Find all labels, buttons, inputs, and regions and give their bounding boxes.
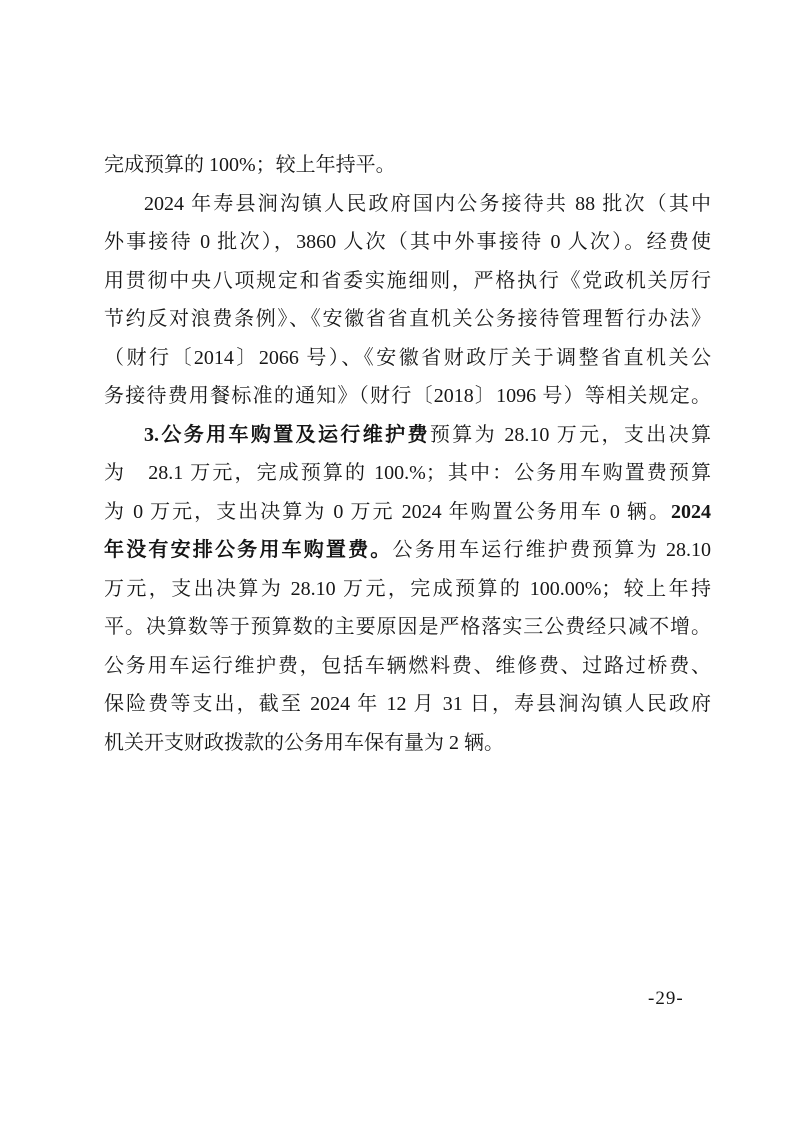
text-segment: 预算为 28.10 万元，支出决算 (430, 424, 711, 446)
text-segment: 公务用车运行维护费预算为 28.10 (393, 539, 712, 561)
text-segment: 节约反对浪费条例》、《安徽省省直机关公务接待管理暂行办法》 (104, 308, 711, 330)
text-line: 平。决算数等于预算数的主要原因是严格落实三公费经只减不增。 (104, 608, 711, 647)
text-segment: 保险费等支出，截至 2024 年 12 月 31 日，寿县涧沟镇人民政府 (104, 693, 711, 715)
text-line: 万元，支出决算为 28.10 万元，完成预算的 100.00%；较上年持 (104, 570, 711, 609)
text-segment: 用贯彻中央八项规定和省委实施细则，严格执行《党政机关厉行 (104, 270, 711, 292)
text-segment: 外事接待 0 批次），3860 人次（其中外事接待 0 人次）。经费使 (104, 231, 711, 253)
bold-text-segment: 3.公务用车购置及运行维护费 (144, 424, 430, 446)
document-page: 完成预算的 100%；较上年持平。2024 年寿县涧沟镇人民政府国内公务接待共 … (0, 0, 793, 1122)
text-line: 2024 年寿县涧沟镇人民政府国内公务接待共 88 批次（其中 (104, 185, 711, 224)
text-line: 保险费等支出，截至 2024 年 12 月 31 日，寿县涧沟镇人民政府 (104, 685, 711, 724)
document-body: 完成预算的 100%；较上年持平。2024 年寿县涧沟镇人民政府国内公务接待共 … (104, 146, 711, 762)
text-line: 用贯彻中央八项规定和省委实施细则，严格执行《党政机关厉行 (104, 262, 711, 301)
bold-text-segment: 2024 (671, 501, 711, 523)
text-line: 3.公务用车购置及运行维护费预算为 28.10 万元，支出决算 (104, 416, 711, 455)
text-segment: 完成预算的 100%；较上年持平。 (104, 154, 396, 176)
text-line: （财行〔2014〕2066 号）、《安徽省财政厅关于调整省直机关公 (104, 339, 711, 378)
text-segment: 为 0 万元，支出决算为 0 万元 2024 年购置公务用车 0 辆。 (104, 501, 671, 523)
text-line: 外事接待 0 批次），3860 人次（其中外事接待 0 人次）。经费使 (104, 223, 711, 262)
text-line: 年没有安排公务用车购置费。公务用车运行维护费预算为 28.10 (104, 531, 711, 570)
bold-text-segment: 年没有安排公务用车购置费。 (104, 539, 393, 561)
text-segment: （财行〔2014〕2066 号）、《安徽省财政厅关于调整省直机关公 (104, 347, 711, 369)
text-segment: 为 28.1 万元，完成预算的 100.%；其中：公务用车购置费预算 (104, 462, 711, 484)
text-line: 机关开支财政拨款的公务用车保有量为 2 辆。 (104, 724, 711, 763)
text-line: 完成预算的 100%；较上年持平。 (104, 146, 711, 185)
text-segment: 机关开支财政拨款的公务用车保有量为 2 辆。 (104, 732, 504, 754)
text-segment: 万元，支出决算为 28.10 万元，完成预算的 100.00%；较上年持 (104, 578, 711, 600)
text-segment: 务接待费用餐标准的通知》（财行〔2018〕1096 号）等相关规定。 (104, 385, 711, 407)
text-line: 务接待费用餐标准的通知》（财行〔2018〕1096 号）等相关规定。 (104, 377, 711, 416)
text-line: 公务用车运行维护费，包括车辆燃料费、维修费、过路过桥费、 (104, 647, 711, 686)
text-segment: 公务用车运行维护费，包括车辆燃料费、维修费、过路过桥费、 (104, 655, 711, 677)
text-line: 为 0 万元，支出决算为 0 万元 2024 年购置公务用车 0 辆。2024 (104, 493, 711, 532)
text-segment: 平。决算数等于预算数的主要原因是严格落实三公费经只减不增。 (104, 616, 711, 638)
text-segment: 2024 年寿县涧沟镇人民政府国内公务接待共 88 批次（其中 (144, 193, 711, 215)
text-line: 节约反对浪费条例》、《安徽省省直机关公务接待管理暂行办法》 (104, 300, 711, 339)
page-number: -29- (648, 988, 684, 1010)
text-line: 为 28.1 万元，完成预算的 100.%；其中：公务用车购置费预算 (104, 454, 711, 493)
